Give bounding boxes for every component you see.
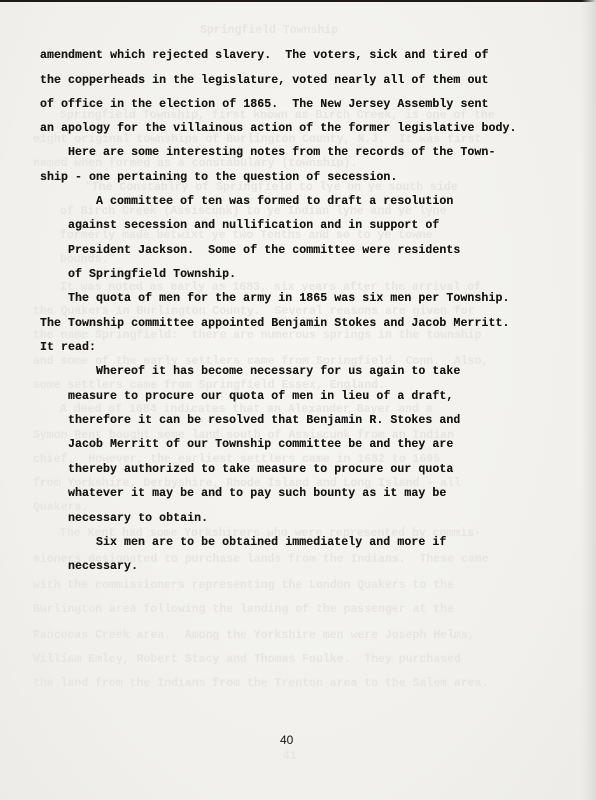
- bleed-through-line: Burlington area following the landing of…: [33, 603, 454, 616]
- text-line: of office in the election of 1865. The N…: [40, 98, 488, 111]
- text-line: thereby authorized to take measure to pr…: [68, 463, 453, 476]
- bleed-through-line: the name Springfield: there are numerous…: [33, 329, 482, 342]
- text-line: amendment which rejected slavery. The vo…: [40, 49, 488, 62]
- text-line: The quota of men for the army in 1865 wa…: [68, 292, 509, 305]
- text-line: ship - one pertaining to the question of…: [40, 171, 397, 184]
- text-line: therefore it can be resolved that Benjam…: [68, 414, 460, 427]
- bleed-through-line: Rancocas Creek area. Among the Yorkshire…: [33, 629, 475, 642]
- text-line: against secession and nullification and …: [68, 219, 439, 232]
- text-line: It read:: [40, 341, 96, 354]
- text-line: necessary to obtain.: [68, 512, 208, 525]
- bleed-through-line: the land from the Indians from the Trent…: [33, 677, 488, 690]
- text-line: an apology for the villainous action of …: [40, 122, 517, 135]
- document-page: Springfield TownshipSpringfield Township…: [0, 0, 596, 800]
- bleed-through-line: William Emley, Robert Stacy and Thomas F…: [33, 653, 461, 666]
- page-number: 40: [280, 733, 293, 747]
- text-line: necessary.: [68, 560, 138, 573]
- text-line: whatever it may be and to pay such bount…: [68, 487, 446, 500]
- text-line: of Springfield Township.: [68, 268, 236, 281]
- text-line: Jacob Merritt of our Township committee …: [68, 438, 453, 451]
- text-line: A committee of ten was formed to draft a…: [96, 195, 453, 208]
- text-line: Whereof it has become necessary for us a…: [96, 365, 460, 378]
- scan-right-edge-shadow: [582, 0, 596, 800]
- text-line: Six men are to be obtained immediately a…: [96, 536, 446, 549]
- scan-top-edge: [0, 0, 596, 2]
- text-line: the copperheads in the legislature, vote…: [40, 74, 488, 87]
- bleed-through-line: Springfield Township: [200, 24, 338, 37]
- text-line: President Jackson. Some of the committee…: [68, 244, 460, 257]
- text-line: measure to procure our quota of men in l…: [68, 390, 453, 403]
- bleed-through-line: 41: [283, 750, 297, 763]
- text-line: Here are some interesting notes from the…: [68, 146, 495, 159]
- text-line: The Township committee appointed Benjami…: [40, 317, 510, 330]
- bleed-through-line: with the commissioners representing the …: [33, 579, 454, 592]
